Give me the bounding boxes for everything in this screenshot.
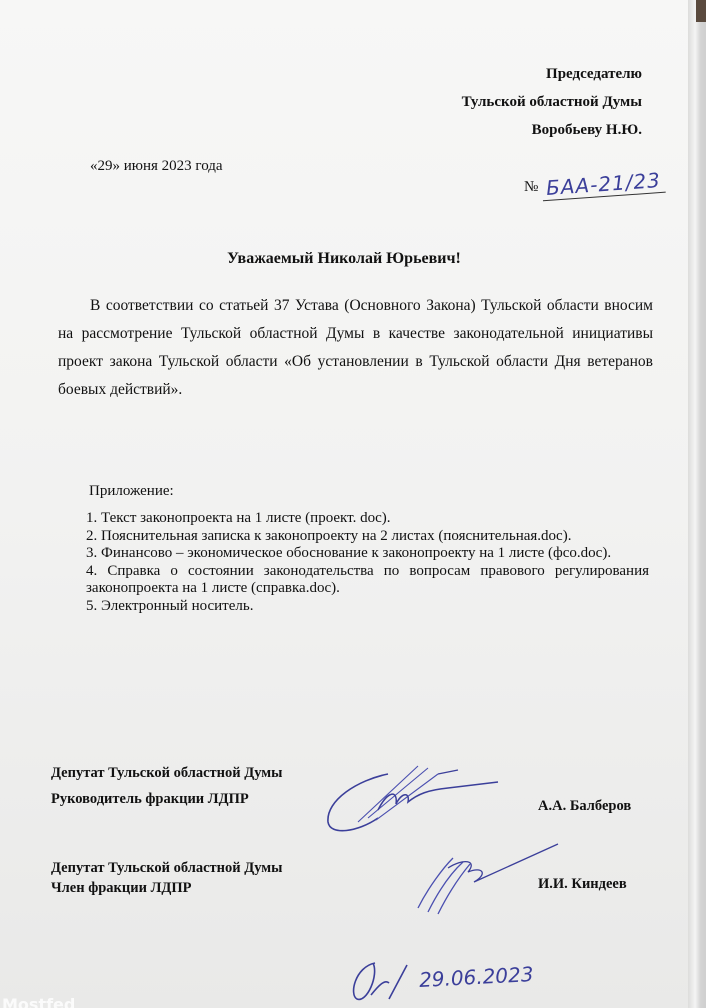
- number-sign: №: [524, 179, 538, 195]
- signatory-1-title: Депутат Тульской областной Думы Руководи…: [51, 760, 282, 812]
- attachments-title: Приложение:: [89, 483, 174, 500]
- letter-body: В соответствии со статьей 37 Устава (Осн…: [58, 292, 653, 404]
- signatory-1-name: А.А. Балберов: [538, 798, 631, 815]
- greeting: Уважаемый Николай Юрьевич!: [0, 250, 688, 268]
- signatory-1-role: Руководитель фракции ЛДПР: [51, 786, 282, 812]
- attachment-item: 2. Пояснительная записка к законопроекту…: [86, 528, 649, 546]
- background-corner: [696, 0, 706, 22]
- attachment-item: 1. Текст законопроекта на 1 листе (проек…: [86, 510, 649, 528]
- addressee-position: Председателю: [462, 60, 642, 88]
- signatory-1-position: Депутат Тульской областной Думы: [51, 760, 282, 786]
- watermark: Mostfed: [2, 995, 75, 1008]
- attachment-item: 4. Справка о состоянии законодательства …: [86, 563, 649, 598]
- received-mark: 29.06.2023: [345, 955, 534, 1005]
- addressee-organization: Тульской областной Думы: [462, 88, 642, 116]
- attachment-item: 3. Финансово – экономическое обоснование…: [86, 545, 649, 563]
- registration-number: № БАА-21/23: [524, 172, 665, 197]
- addressee-block: Председателю Тульской областной Думы Вор…: [462, 60, 642, 144]
- signatory-2-title: Депутат Тульской областной Думы Член фра…: [51, 858, 282, 898]
- addressee-name: Воробьеву Н.Ю.: [462, 116, 642, 144]
- letter-date: «29» июня 2023 года: [90, 158, 223, 175]
- initials-icon: [345, 955, 415, 1005]
- received-date: 29.06.2023: [418, 962, 534, 992]
- signatory-2-position: Депутат Тульской областной Думы: [51, 858, 282, 878]
- handwritten-reg-number: БАА-21/23: [541, 168, 665, 202]
- signatory-2-role: Член фракции ЛДПР: [51, 878, 282, 898]
- signature-1-icon: [318, 760, 518, 840]
- attachments-list: 1. Текст законопроекта на 1 листе (проек…: [86, 510, 649, 615]
- signature-2-icon: [408, 838, 568, 918]
- document-page: [0, 0, 688, 1008]
- stack-edge: [688, 0, 706, 1008]
- attachment-item: 5. Электронный носитель.: [86, 598, 649, 616]
